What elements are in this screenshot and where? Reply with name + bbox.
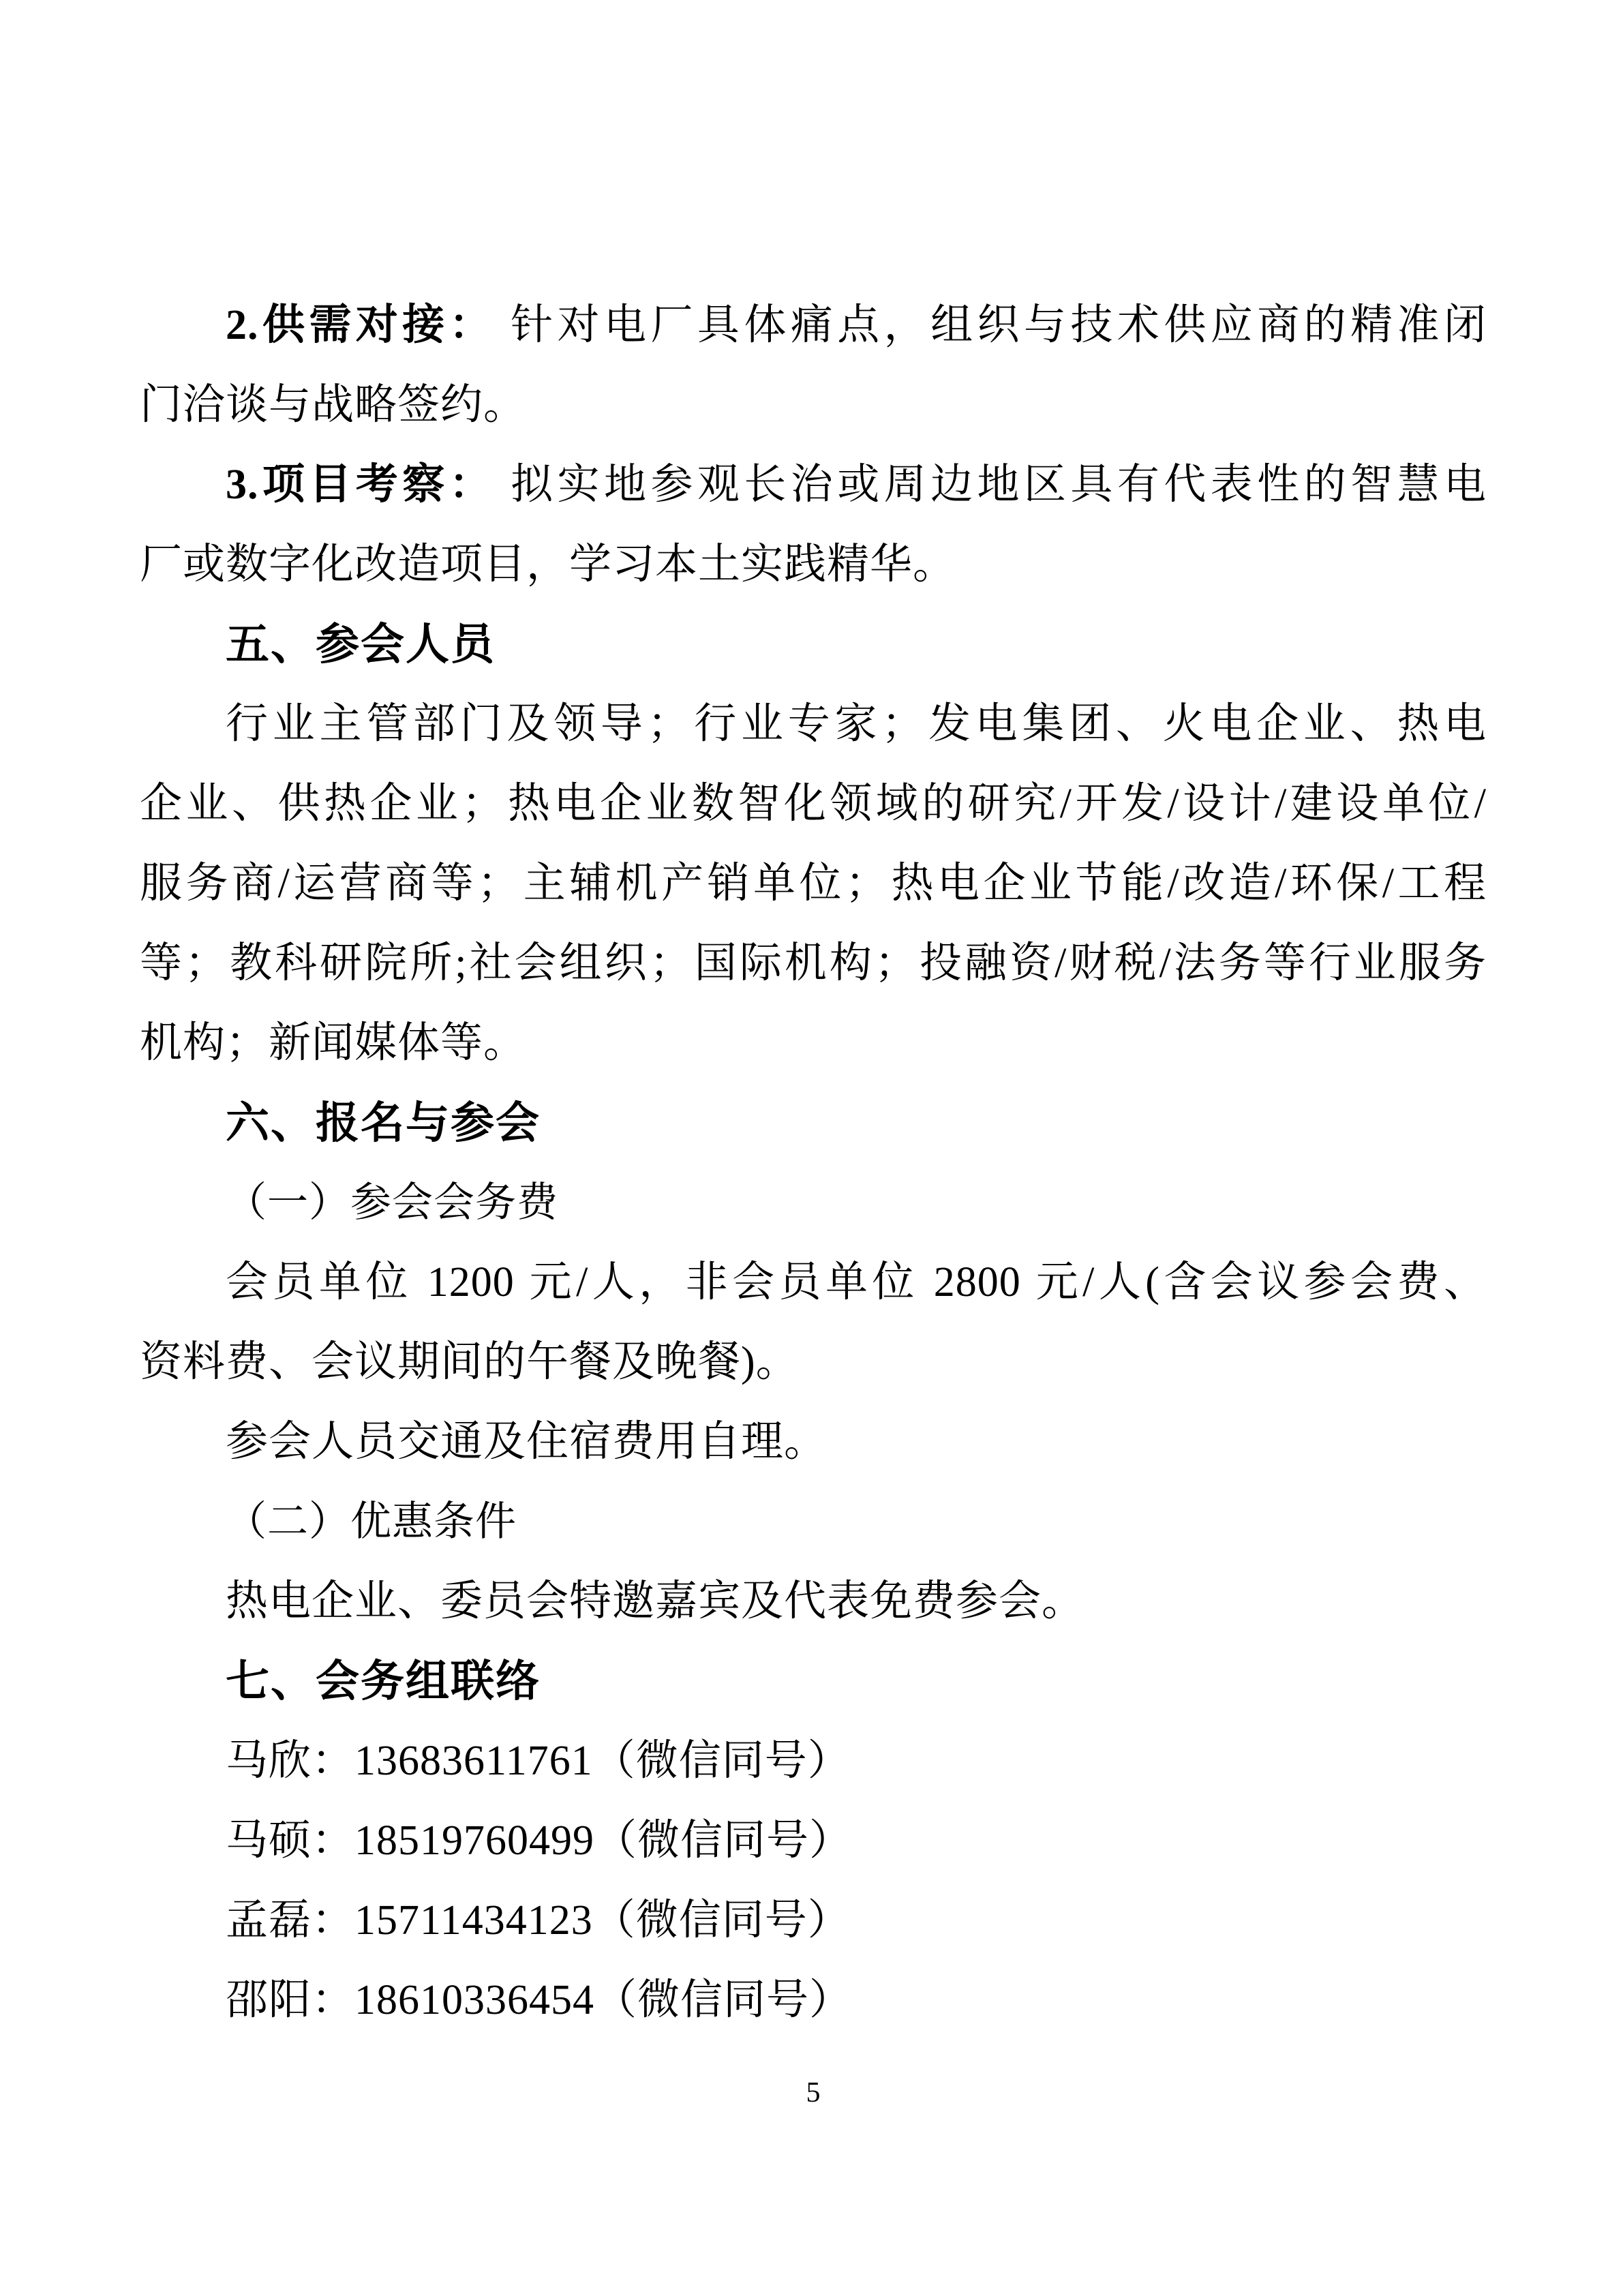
heading-section-6-registration: 六、报名与参会	[140, 1083, 1487, 1163]
para-fee-line2: 资料费、会议期间的午餐及晚餐)。	[140, 1323, 1487, 1402]
contact-meng-lei: 孟磊：15711434123（微信同号）	[140, 1881, 1487, 1961]
para-attendees-line2: 企业、供热企业；热电企业数智化领域的研究/开发/设计/建设单位/	[140, 764, 1487, 844]
para-supply-demand-line1: 2.供需对接： 针对电厂具体痛点，组织与技术供应商的精准闭	[140, 286, 1487, 365]
list-item-text: 针对电厂具体痛点，组织与技术供应商的精准闭	[496, 302, 1487, 348]
subheading-conference-fee: （一）参会会务费	[140, 1163, 1487, 1243]
list-item-lead: 3.项目考察：	[226, 462, 496, 508]
para-travel-lodging: 参会人员交通及住宿费用自理。	[140, 1402, 1487, 1482]
list-item-lead: 2.供需对接：	[226, 302, 496, 348]
list-item-text: 拟实地参观长治或周边地区具有代表性的智慧电	[496, 462, 1487, 508]
heading-section-5-attendees: 五、参会人员	[140, 605, 1487, 684]
subheading-discount: （二）优惠条件	[140, 1482, 1487, 1562]
contact-ma-xin: 马欣：13683611761（微信同号）	[140, 1721, 1487, 1801]
para-free-attendance: 热电企业、委员会特邀嘉宾及代表免费参会。	[140, 1562, 1487, 1642]
para-project-visit-line1: 3.项目考察： 拟实地参观长治或周边地区具有代表性的智慧电	[140, 445, 1487, 525]
para-attendees-line4: 等；教科研院所;社会组织；国际机构；投融资/财税/法务等行业服务	[140, 924, 1487, 1003]
para-attendees-line5: 机构；新闻媒体等。	[140, 1003, 1487, 1083]
heading-section-7-contacts: 七、会务组联络	[140, 1642, 1487, 1721]
document-page: 2.供需对接： 针对电厂具体痛点，组织与技术供应商的精准闭 门洽谈与战略签约。 …	[0, 0, 1623, 2296]
contact-shao-yang: 邵阳：18610336454（微信同号）	[140, 1961, 1487, 2040]
page-number: 5	[140, 2076, 1487, 2110]
para-supply-demand-line2: 门洽谈与战略签约。	[140, 365, 1487, 445]
para-attendees-line3: 服务商/运营商等；主辅机产销单位；热电企业节能/改造/环保/工程	[140, 844, 1487, 924]
para-fee-line1: 会员单位 1200 元/人，非会员单位 2800 元/人(含会议参会费、	[140, 1243, 1487, 1323]
para-attendees-line1: 行业主管部门及领导；行业专家；发电集团、火电企业、热电	[140, 684, 1487, 764]
para-project-visit-line2: 厂或数字化改造项目，学习本土实践精华。	[140, 525, 1487, 605]
contact-ma-shuo: 马硕：18519760499（微信同号）	[140, 1801, 1487, 1881]
